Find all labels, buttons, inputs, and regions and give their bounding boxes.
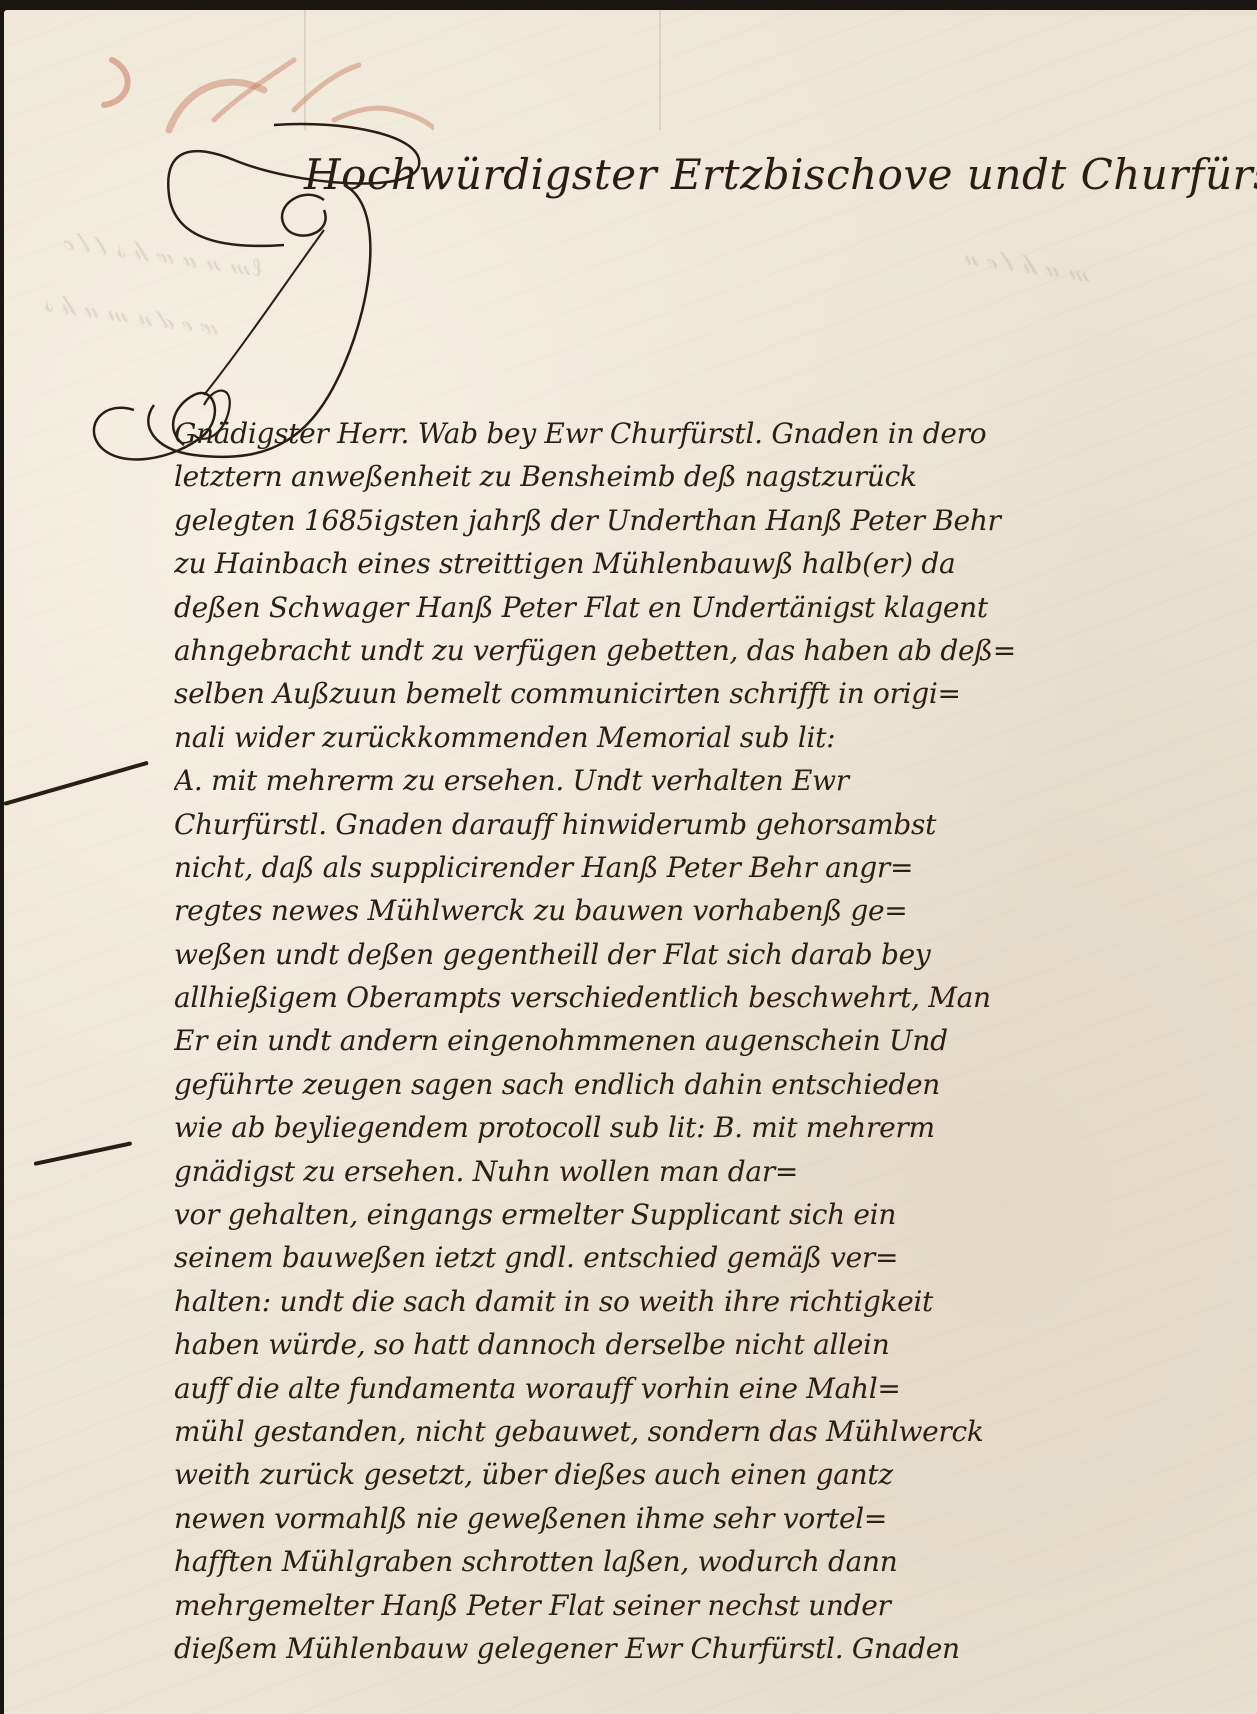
text-line: haben würde, so hatt dannoch derselbe ni… — [174, 1323, 1244, 1366]
margin-stroke-b — [34, 1141, 133, 1166]
text-line: Churfürstl. Gnaden darauff hinwiderumb g… — [174, 803, 1244, 846]
text-line: zu Hainbach eines streittigen Mühlenbauw… — [174, 542, 1244, 585]
text-line: deßen Schwager Hanß Peter Flat en Undert… — [174, 586, 1244, 629]
text-line: newen vormahlß nie geweßenen ihme sehr v… — [174, 1497, 1244, 1540]
text-line: Er ein undt andern eingenohmmenen augens… — [174, 1019, 1244, 1062]
salutation-heading: Hochwürdigster Ertzbischove undt Churfür… — [304, 150, 1257, 199]
text-line: geführte zeugen sagen sach endlich dahin… — [174, 1063, 1244, 1106]
text-line: vor gehalten, eingangs ermelter Supplica… — [174, 1193, 1244, 1236]
text-line: hafften Mühlgraben schrotten laßen, wodu… — [174, 1540, 1244, 1583]
text-line: ahngebracht undt zu verfügen gebetten, d… — [174, 629, 1244, 672]
text-line: dießem Mühlenbauw gelegener Ewr Churfürs… — [174, 1627, 1244, 1670]
text-line: wie ab beyliegendem protocoll sub lit: B… — [174, 1106, 1244, 1149]
text-line: regtes newes Mühlwerck zu bauwen vorhabe… — [174, 889, 1244, 932]
bleed-through-text: 𝓂 𝓊 𝒽 𝓁 ℯ 𝓃 — [962, 241, 1093, 289]
text-line: allhießigem Oberampts verschiedentlich b… — [174, 976, 1244, 1019]
text-line: A. mit mehrerm zu ersehen. Undt verhalte… — [174, 759, 1244, 802]
text-line: gnädigst zu ersehen. Nuhn wollen man dar… — [174, 1150, 1244, 1193]
paper-crease — [659, 10, 661, 130]
margin-stroke-a — [3, 761, 148, 806]
text-line: weith zurück gesetzt, über dießes auch e… — [174, 1453, 1244, 1496]
manuscript-page: ℓ𝓂 𝓃 𝓊 𝓌 𝒽 𝓈 𝓉 𝓁 𝒸 𝓌 ℯ 𝒹 𝓃 𝓂 𝓊 𝒽 𝓈 𝓂 𝓊 𝒽… — [4, 10, 1257, 1714]
text-line: gelegten 1685igsten jahrß der Underthan … — [174, 499, 1244, 542]
text-line: letztern anweßenheit zu Bensheimb deß na… — [174, 455, 1244, 498]
text-line: auff die alte fundamenta worauff vorhin … — [174, 1367, 1244, 1410]
text-line: seinem bauweßen ietzt gndl. entschied ge… — [174, 1236, 1244, 1279]
text-line: Gnädigster Herr. Wab bey Ewr Churfürstl.… — [174, 412, 1244, 455]
text-line: nicht, daß als supplicirender Hanß Peter… — [174, 846, 1244, 889]
text-line: halten: undt die sach damit in so weith … — [174, 1280, 1244, 1323]
text-line: selben Außzuun bemelt communicirten schr… — [174, 672, 1244, 715]
text-line: weßen undt deßen gegentheill der Flat si… — [174, 933, 1244, 976]
text-line: nali wider zurückkommenden Memorial sub … — [174, 716, 1244, 759]
letter-body: Gnädigster Herr. Wab bey Ewr Churfürstl.… — [174, 412, 1244, 1670]
text-line: mühl gestanden, nicht gebauwet, sondern … — [174, 1410, 1244, 1453]
text-line: mehrgemelter Hanß Peter Flat seiner nech… — [174, 1584, 1244, 1627]
